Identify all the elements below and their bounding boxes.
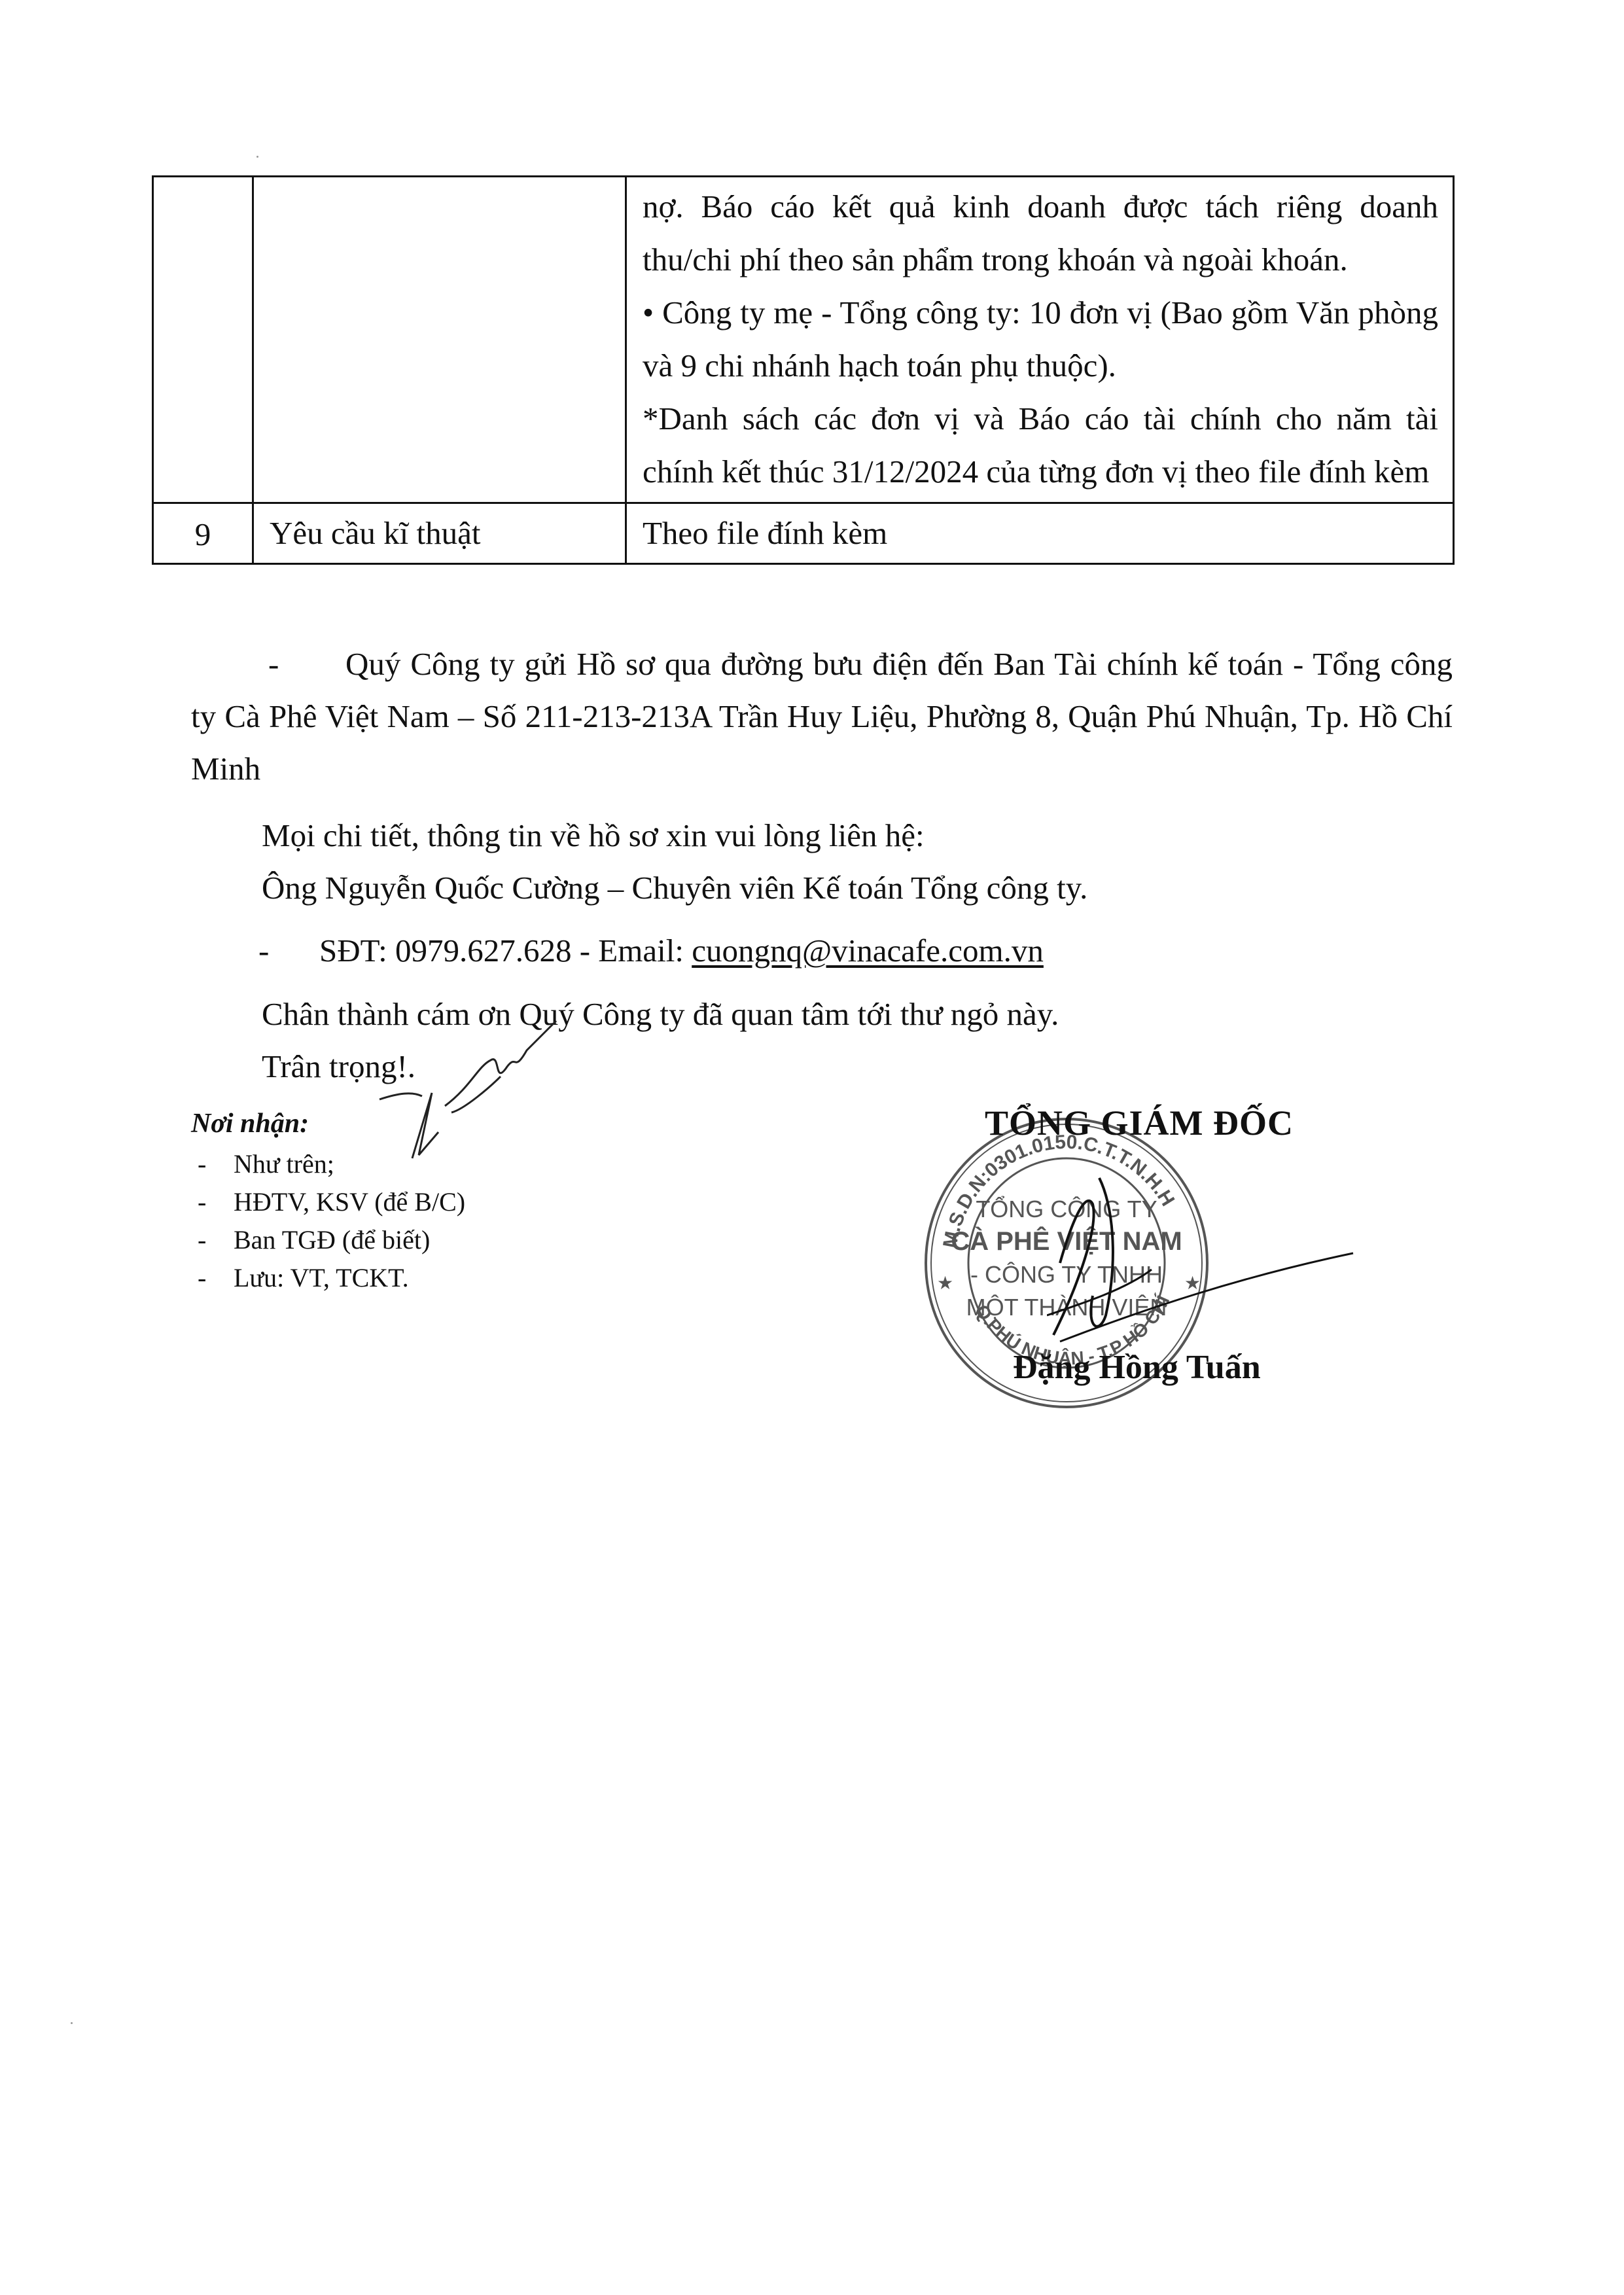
svg-text:★: ★ [937,1272,953,1294]
scan-speck [256,156,258,158]
scan-speck [71,2022,73,2024]
row-number-cell [153,177,253,503]
table-row: 9 Yêu cầu kĩ thuật Theo file đính kèm [153,503,1454,564]
phone-text: SĐT: 0979.627.628 - Email: [319,933,692,969]
row-label-cell: Yêu cầu kĩ thuật [253,503,626,564]
director-signature-icon [1047,1165,1354,1361]
recipients-block: Nơi nhận: -Như trên; -HĐTV, KSV (để B/C)… [191,1105,465,1297]
recipient-item: -Ban TGĐ (để biết) [191,1221,465,1259]
contact-person: Ông Nguyễn Quốc Cường – Chuyên viên Kế t… [262,862,1087,914]
submission-text: Quý Công ty gửi Hồ sơ qua đường bưu điện… [191,646,1453,787]
row-content-cell: nợ. Báo cáo kết quả kinh doanh được tách… [626,177,1454,503]
submission-instructions: -Quý Công ty gửi Hồ sơ qua đường bưu điệ… [191,638,1453,795]
recipients-title: Nơi nhận: [191,1105,465,1143]
bid-requirements-table: nợ. Báo cáo kết quả kinh doanh được tách… [152,175,1455,565]
row-content-cell: Theo file đính kèm [626,503,1454,564]
table-row: nợ. Báo cáo kết quả kinh doanh được tách… [153,177,1454,503]
recipient-item: -Như trên; [191,1145,465,1183]
contact-phone-email: - SĐT: 0979.627.628 - Email: cuongnq@vin… [262,925,1044,977]
row-number-cell: 9 [153,503,253,564]
signatory-name: Đặng Hồng Tuấn [1013,1348,1261,1387]
bullet-dash: - [191,638,345,690]
row-label-cell [253,177,626,503]
recipient-item: -Lưu: VT, TCKT. [191,1259,465,1297]
content-paragraph: nợ. Báo cáo kết quả kinh doanh được tách… [643,180,1438,286]
contact-intro: Mọi chi tiết, thông tin về hồ sơ xin vui… [262,809,925,862]
bullet-dash: - [258,925,269,977]
content-bullet: • Công ty mẹ - Tổng công ty: 10 đơn vị (… [643,286,1438,392]
signatory-title: TỔNG GIÁM ĐỐC [985,1103,1294,1143]
email-link[interactable]: cuongnq@vinacafe.com.vn [692,933,1044,969]
content-note: *Danh sách các đơn vị và Báo cáo tài chí… [643,392,1438,498]
recipient-item: -HĐTV, KSV (để B/C) [191,1183,465,1221]
